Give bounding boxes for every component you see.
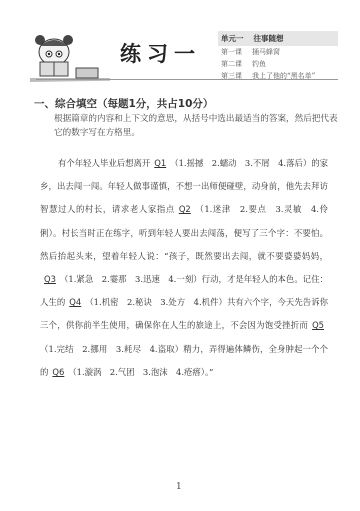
lesson-label: 第一课 (221, 47, 242, 57)
blank-q1[interactable]: Q1 (150, 158, 170, 168)
lesson-item: 第二课 钓鱼 (218, 58, 338, 70)
unit-heading: 单元一 往事随想 (218, 31, 338, 46)
unit-label: 单元一 (221, 33, 244, 44)
lesson-name: 捅马蜂窝 (252, 47, 280, 57)
lesson-label: 第三课 (221, 71, 242, 81)
section-heading: 一、综合填空（每题1分，共占10分） (34, 96, 213, 111)
blank-q6[interactable]: Q6 (48, 367, 68, 377)
unit-name: 往事随想 (254, 33, 284, 44)
cloze-passage: 有个年轻人毕业后想离开Q1（1.摇撼 2.蠕动 3.不屑 4.落后）的家乡，出去… (40, 152, 328, 384)
page-number: 1 (176, 482, 182, 492)
blank-q2[interactable]: Q2 (175, 204, 195, 214)
unit-info-box: 单元一 往事随想 第一课 捅马蜂窝 第二课 钓鱼 第三课 我上了他的“黑名单” (218, 31, 338, 82)
lesson-name: 钓鱼 (252, 59, 266, 69)
blank-q4[interactable]: Q4 (65, 297, 85, 307)
section-instruction: 根据篇章的内容和上下文的意思，从括号中选出最适当的答案，然后把代表它的数字写在方… (54, 112, 344, 140)
page-title: 练习一 (120, 38, 201, 68)
blank-q3[interactable]: Q3 (40, 274, 60, 284)
passage-text: （1.漩涡 2.气团 3.泡沫 4.疮瘩）。” (68, 367, 213, 377)
lesson-name: 我上了他的“黑名单” (252, 71, 315, 81)
blank-q5[interactable]: Q5 (308, 320, 328, 330)
lesson-item: 第一课 捅马蜂窝 (218, 46, 338, 58)
girl-reading-book-icon (30, 28, 110, 83)
passage-text: 有个年轻人毕业后想离开 (58, 158, 150, 168)
lesson-label: 第二课 (221, 59, 242, 69)
page-header: 练习一 单元一 往事随想 第一课 捅马蜂窝 第二课 钓鱼 第三课 我上了他的“黑… (0, 0, 360, 90)
lesson-item: 第三课 我上了他的“黑名单” (218, 70, 338, 82)
